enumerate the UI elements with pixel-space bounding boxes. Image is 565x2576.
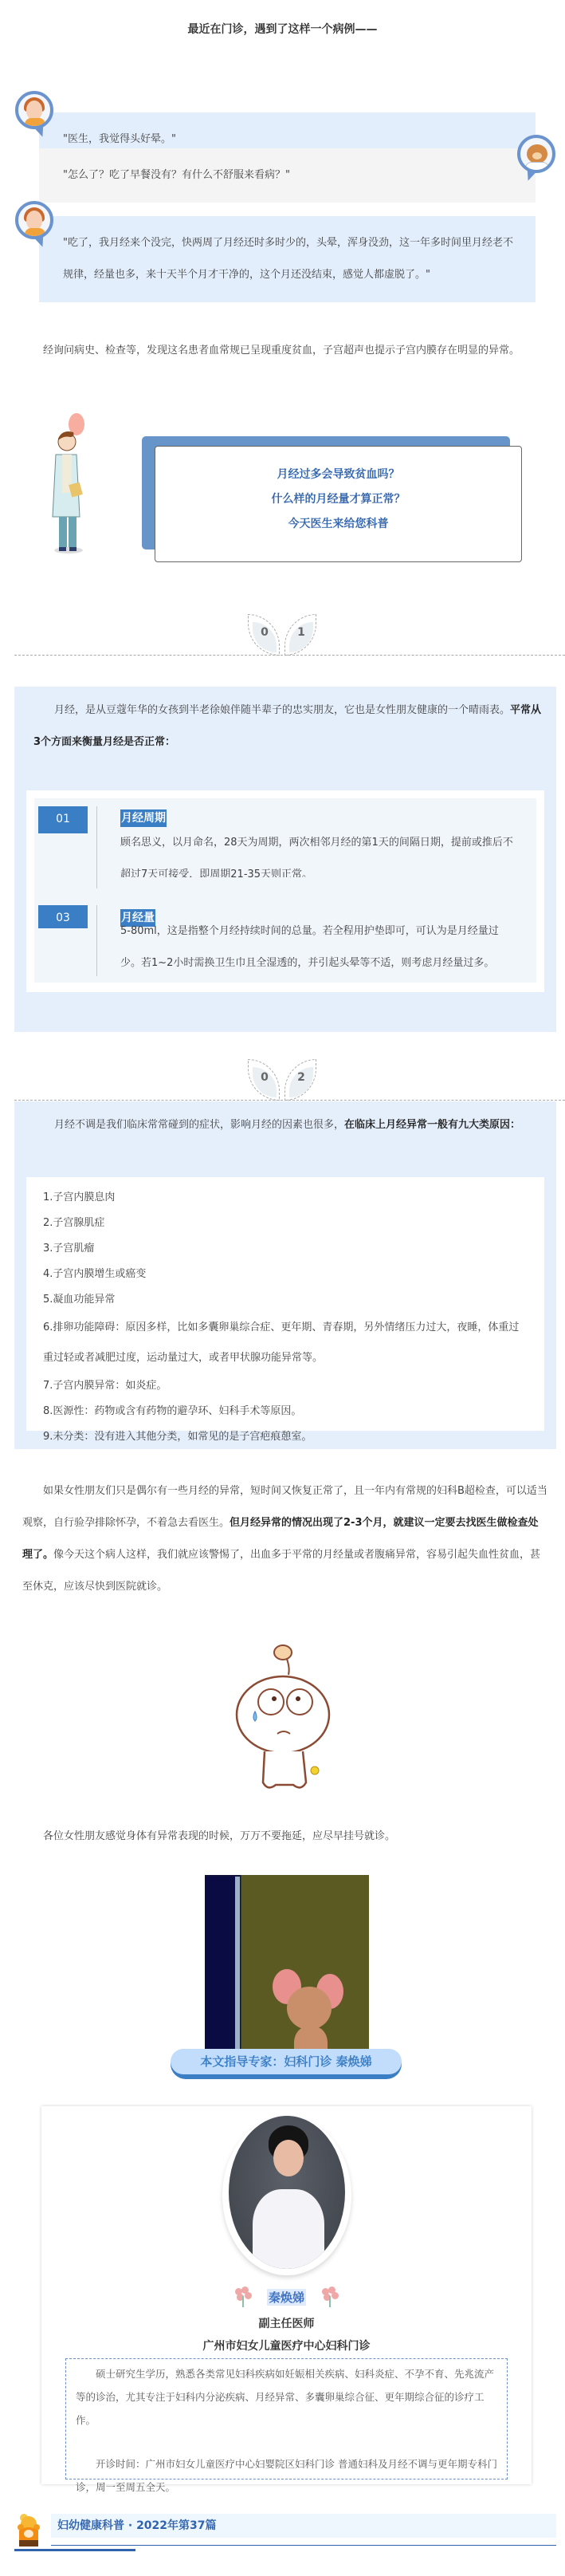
chat-bubble-doctor: "怎么了？吃了早餐没有？有什么不舒服来看病？" (39, 148, 536, 203)
question-line: 什么样的月经量才算正常？ (155, 487, 521, 512)
criteria-tag: 01 (38, 806, 88, 833)
badge-leaf-right: 1 (284, 614, 316, 656)
intro-title: 最近在门诊，遇到了这样一个病例—— (0, 21, 565, 37)
bear-mascot-icon (14, 2513, 43, 2546)
badge-leaf-left: 0 (248, 614, 280, 656)
flower-icon (233, 2286, 253, 2307)
expert-name-row: 秦焕娣 (41, 2286, 532, 2307)
causes-list: 1.子宫内膜息肉 2.子宫腺肌症 3.子宫肌瘤 4.子宫内膜增生或癌变 5.凝血… (43, 1185, 529, 1450)
cause-item: 8.医源性：药物或含有药物的避孕环、妇科手术等原因。 (43, 1399, 529, 1424)
question-card: 月经过多会导致贫血吗？ 什么样的月经量才算正常？ 今天医生来给您科普 (155, 446, 522, 562)
question-line: 月经过多会导致贫血吗？ (155, 463, 521, 487)
closing-paragraph: 各位女性朋友感觉身体有异常表现的时候，万万不要拖延，应尽早挂号就诊。 (22, 1821, 548, 1853)
expert-photo (229, 2116, 345, 2269)
cause-item: 3.子宫肌瘤 (43, 1236, 529, 1262)
criteria-title: 月经周期 (120, 809, 167, 827)
expert-organization: 广州市妇女儿童医疗中心妇科门诊 (41, 2338, 532, 2353)
patient-avatar-icon (15, 91, 55, 140)
advice-paragraph: 如果女性朋友们只是偶尔有一些月经的异常，短时间又恢复正常了，且一年内有常规的妇科… (22, 1475, 548, 1603)
expert-photo-frame (222, 2116, 351, 2275)
patient-avatar-icon (15, 201, 55, 250)
article-page: 最近在门诊，遇到了这样一个病例—— "医生，我觉得头好晕。" "怎么了？吃了早餐… (0, 0, 565, 2576)
expert-clinic-hours: 开诊时间：广州市妇女儿童医疗中心妇婴院区妇科门诊 普通妇科及月经不调与更年期专科… (76, 2452, 497, 2499)
expert-card: 秦焕娣 副主任医师 广州市妇女儿童医疗中心妇科门诊 硕士研究生学历，熟悉各类常见… (41, 2106, 532, 2484)
badge-leaf-right: 2 (284, 1059, 316, 1101)
worried-cartoon-icon (231, 1635, 335, 1794)
cause-item: 5.凝血功能异常 (43, 1287, 529, 1313)
cause-item: 2.子宫腺肌症 (43, 1211, 529, 1236)
chat-text: "医生，我觉得头好晕。" (63, 133, 176, 145)
chat-text: "吃了，我月经来个没完，快两周了月经还时多时少的，头晕，浑身没劲，这一年多时间里… (63, 237, 513, 281)
cause-item: 7.子宫内膜异常：如炎症。 (43, 1373, 529, 1399)
doctor-bear-avatar-icon (517, 135, 557, 184)
diagnosis-paragraph: 经询问病史、检查等，发现这名患者血常规已呈现重度贫血，子宫超声也提示子宫内膜存在… (22, 335, 548, 367)
series-label: 妇幼健康科普 · 2022年第37篇 (51, 2514, 556, 2538)
expert-label-text: 本文指导专家：妇科门诊 秦焕娣 (171, 2049, 402, 2074)
expert-bio-box: 硕士研究生学历，熟悉各类常见妇科疾病如妊娠相关疾病、妇科炎症、不孕不育、先兆流产… (65, 2358, 508, 2479)
chat-bubble-patient: "吃了，我月经来个没完，快两周了月经还时多时少的，头晕，浑身没劲，这一年多时间里… (39, 216, 536, 302)
cause-item: 9.未分类：没有进入其他分类，如常见的是子宫疤痕憩室。 (43, 1424, 529, 1450)
expert-bio: 硕士研究生学历，熟悉各类常见妇科疾病如妊娠相关疾病、妇科炎症、不孕不育、先兆流产… (76, 2362, 497, 2432)
section-badge-01: 0 1 (0, 614, 565, 662)
criteria-body: 5-80ml，这是指整个月经持续时间的总量。若全程用护垫即可，可认为是月经量过少… (120, 916, 519, 979)
section2-panel: 月经不调是我们临床常常碰到的症状，影响月经的因素也很多，在临床上月经异常一般有九… (14, 1101, 556, 1449)
cartoon-mouse-image (205, 1875, 369, 2064)
section-badge-02: 0 2 (0, 1059, 565, 1107)
section1-intro: 月经，是从豆蔻年华的女孩到半老徐娘伴随半辈子的忠实朋友，它也是女性朋友健康的一个… (33, 695, 543, 758)
section2-intro: 月经不调是我们临床常常碰到的症状，影响月经的因素也很多，在临床上月经异常一般有九… (33, 1109, 543, 1141)
chat-text: "怎么了？吃了早餐没有？有什么不舒服来看病？" (63, 169, 290, 181)
causes-card: 1.子宫内膜息肉 2.子宫腺肌症 3.子宫肌瘤 4.子宫内膜增生或癌变 5.凝血… (26, 1177, 544, 1431)
cause-item: 1.子宫内膜息肉 (43, 1185, 529, 1211)
series-banner: 妇幼健康科普 · 2022年第37篇 (14, 2513, 556, 2553)
expert-name: 秦焕娣 (267, 2289, 306, 2306)
flower-icon (320, 2286, 339, 2307)
cause-item: 6.排卵功能障碍：原因多样，比如多囊卵巢综合症、更年期、青春期，另外情绪压力过大… (43, 1313, 529, 1373)
doctor-illustration-icon (45, 413, 96, 557)
question-line: 今天医生来给您科普 (155, 512, 521, 537)
expert-title: 副主任医师 (41, 2315, 532, 2331)
badge-leaf-left: 0 (248, 1059, 280, 1101)
cause-item: 4.子宫内膜增生或癌变 (43, 1262, 529, 1287)
expert-label-pill: 本文指导专家：妇科门诊 秦焕娣 (171, 2049, 402, 2079)
